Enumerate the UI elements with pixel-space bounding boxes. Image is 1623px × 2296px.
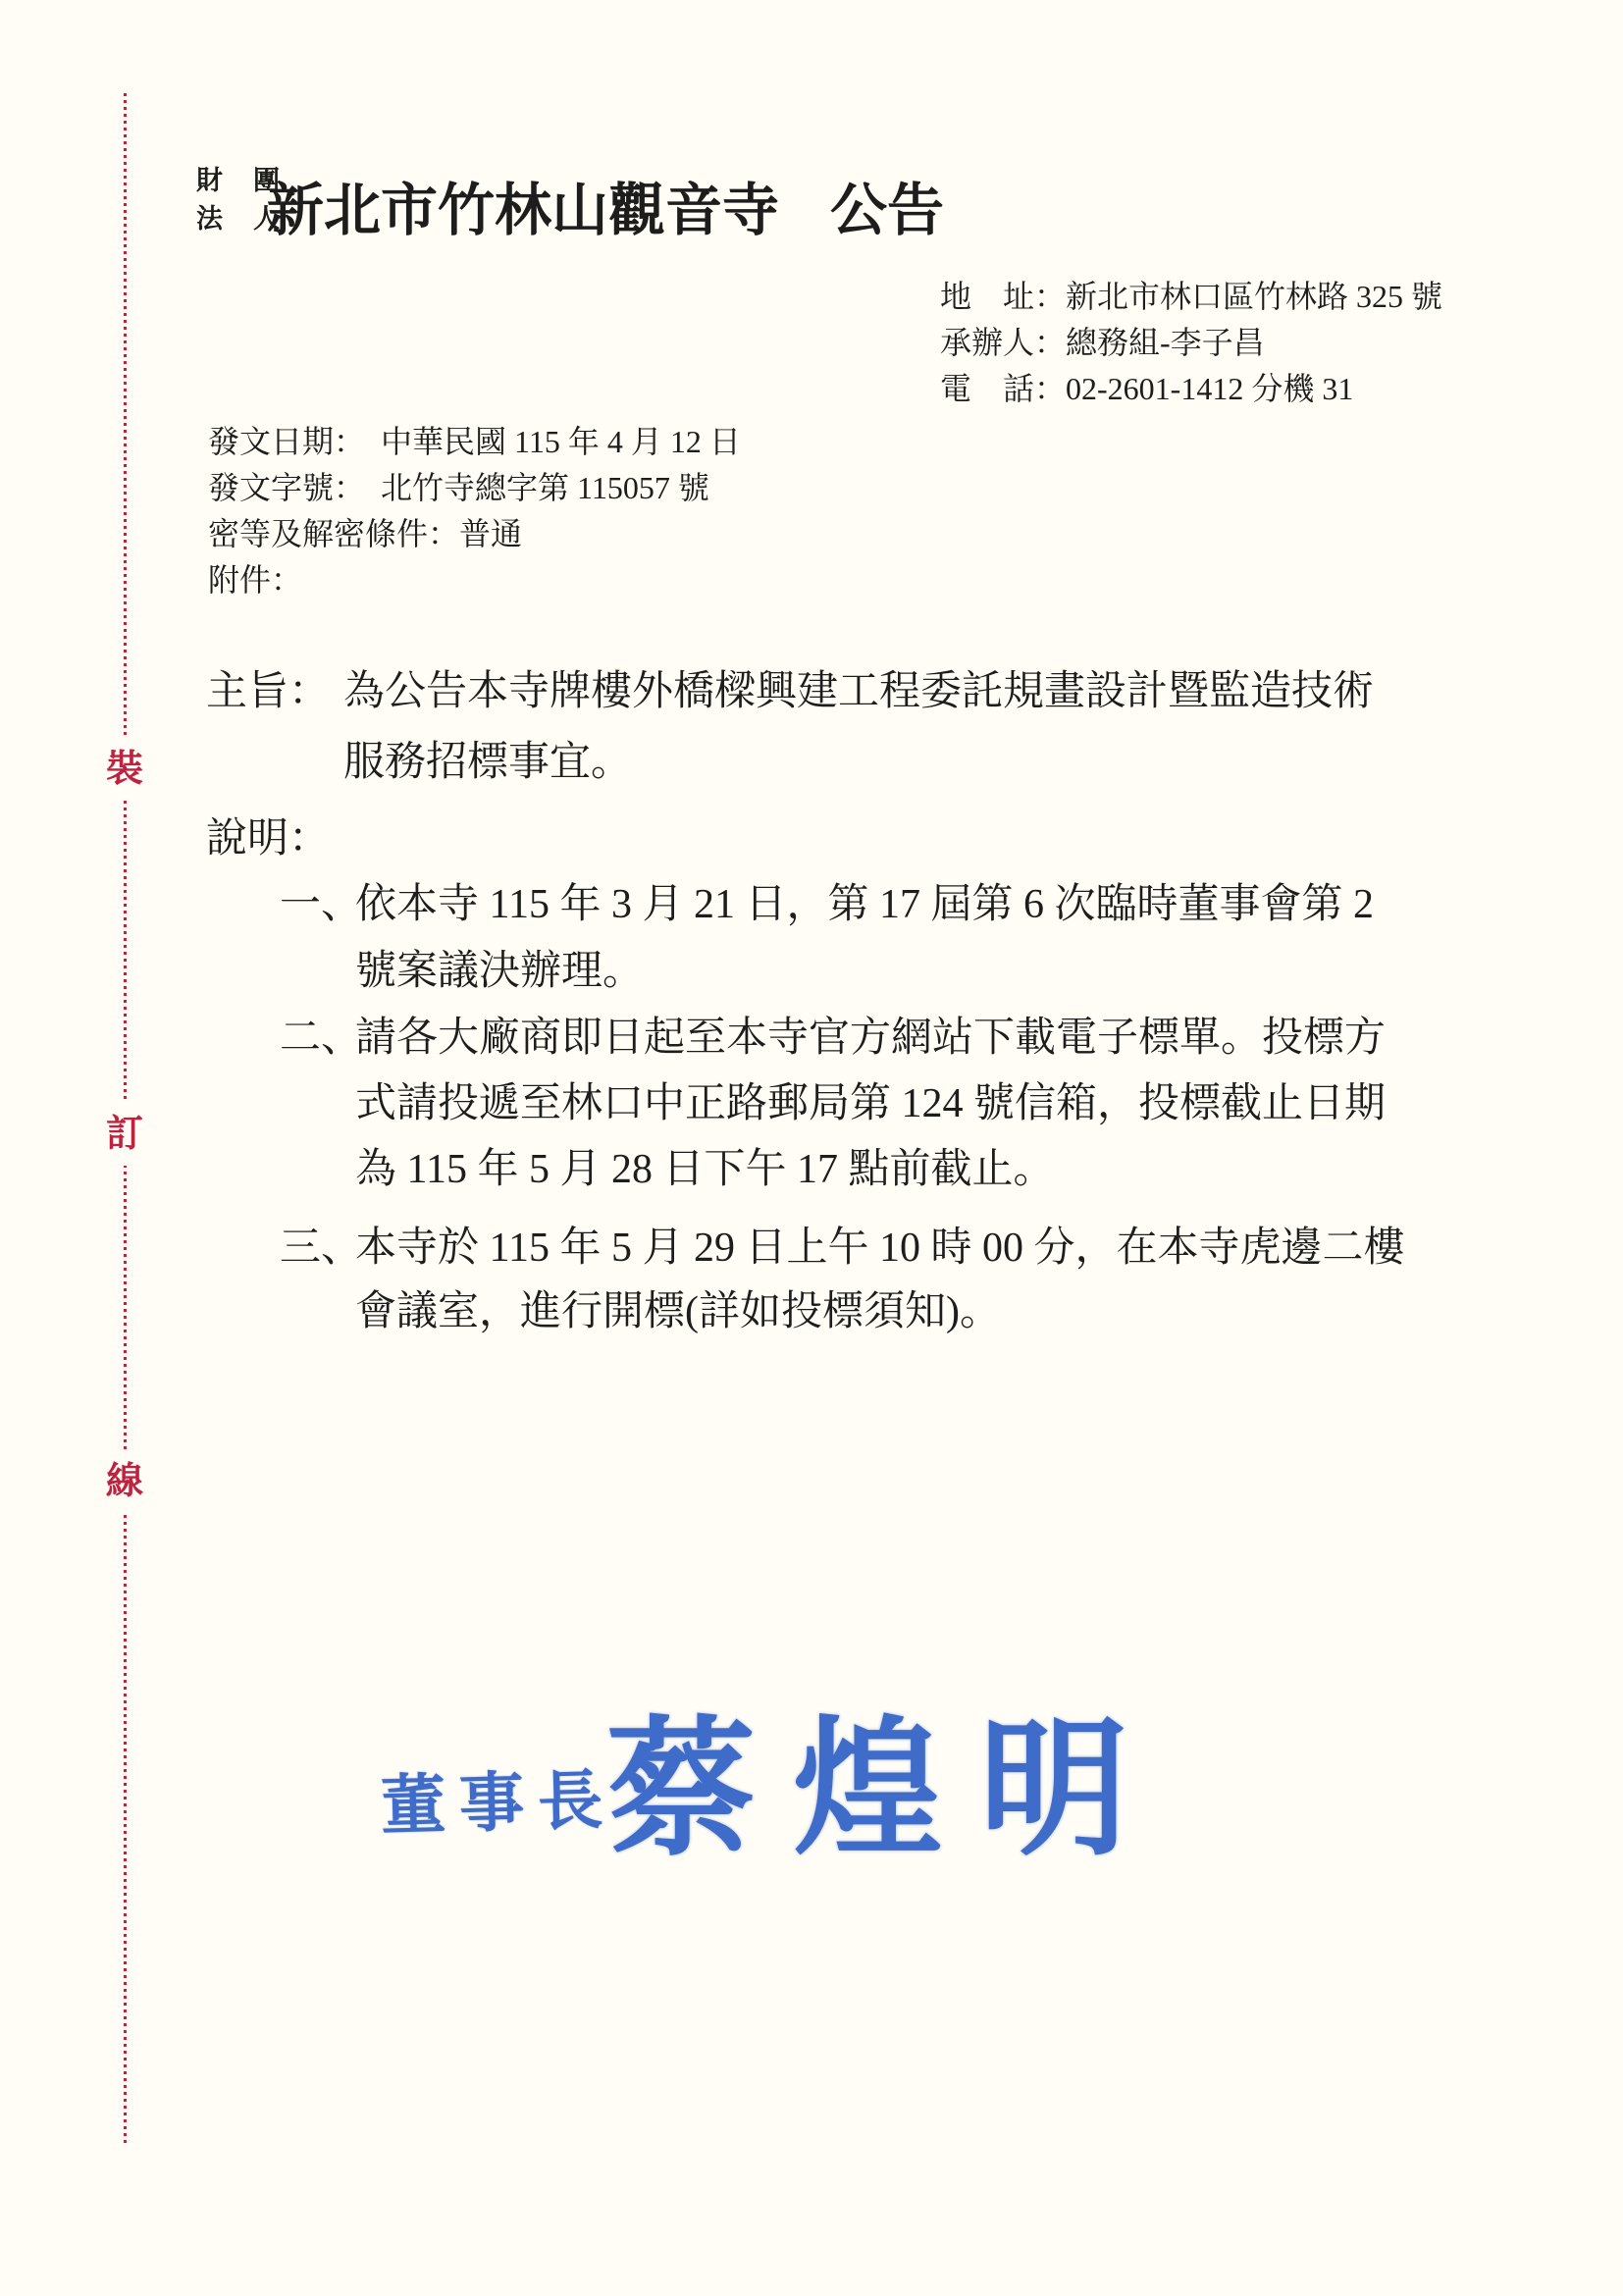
item-1-marker: 一、: [280, 880, 362, 929]
item-2-marker: 二、: [280, 1014, 362, 1063]
contact-phone: 電 話：02-2601-1412 分機 31: [940, 369, 1353, 408]
subject-line-1: 為公告本寺牌樓外橋樑興建工程委託規畫設計暨監造技術: [343, 667, 1374, 716]
subject-line-2: 服務招標事宜。: [343, 738, 632, 787]
chairman-stamp-name: 蔡煌明: [606, 1670, 1166, 1884]
meta-security: 密等及解密條件：普通: [208, 514, 522, 553]
item-3-marker: 三、: [280, 1224, 362, 1273]
binding-mark-ding: 訂: [101, 1103, 148, 1166]
item-1-line-1: 依本寺 115 年 3 月 21 日，第 17 屆第 6 次臨時董事會第 2: [355, 880, 1374, 929]
binding-mark-zhuang: 裝: [101, 738, 148, 801]
item-2-line-1: 請各大廠商即日起至本寺官方網站下載電子標單。投標方: [355, 1014, 1386, 1063]
contact-address: 地 址：新北市林口區竹林路 325 號: [940, 277, 1442, 316]
item-2-line-3: 為 115 年 5 月 28 日下午 17 點前截止。: [355, 1145, 1054, 1194]
meta-doc-number: 發文字號： 北竹寺總字第 115057 號: [208, 468, 709, 507]
announcement-page: 裝 訂 線 財 團 法 人 新北市竹林山觀音寺公告 地 址：新北市林口區竹林路 …: [0, 0, 1623, 2296]
contact-handler: 承辦人：總務組-李子昌: [940, 323, 1265, 362]
item-2-line-2: 式請投遞至林口中正路郵局第 124 號信箱，投標截止日期: [355, 1079, 1386, 1128]
chairman-stamp-title: 董事長: [380, 1748, 617, 1847]
subject-label: 主旨：: [206, 667, 330, 716]
meta-attachment: 附件：: [208, 560, 302, 600]
item-3-line-1: 本寺於 115 年 5 月 29 日上午 10 時 00 分，在本寺虎邊二樓: [355, 1224, 1404, 1273]
page-title: 新北市竹林山觀音寺公告: [267, 181, 944, 241]
item-3-line-2: 會議室，進行開標(詳如投標須知)。: [355, 1287, 1001, 1336]
explanation-label: 說明：: [206, 814, 330, 863]
meta-issue-date: 發文日期： 中華民國 115 年 4 月 12 日: [208, 422, 741, 461]
doc-type-label: 公告: [830, 179, 944, 242]
binding-mark-xian: 線: [101, 1450, 148, 1513]
org-name: 新北市竹林山觀音寺: [267, 179, 779, 242]
item-1-line-2: 號案議決辦理。: [355, 947, 644, 996]
